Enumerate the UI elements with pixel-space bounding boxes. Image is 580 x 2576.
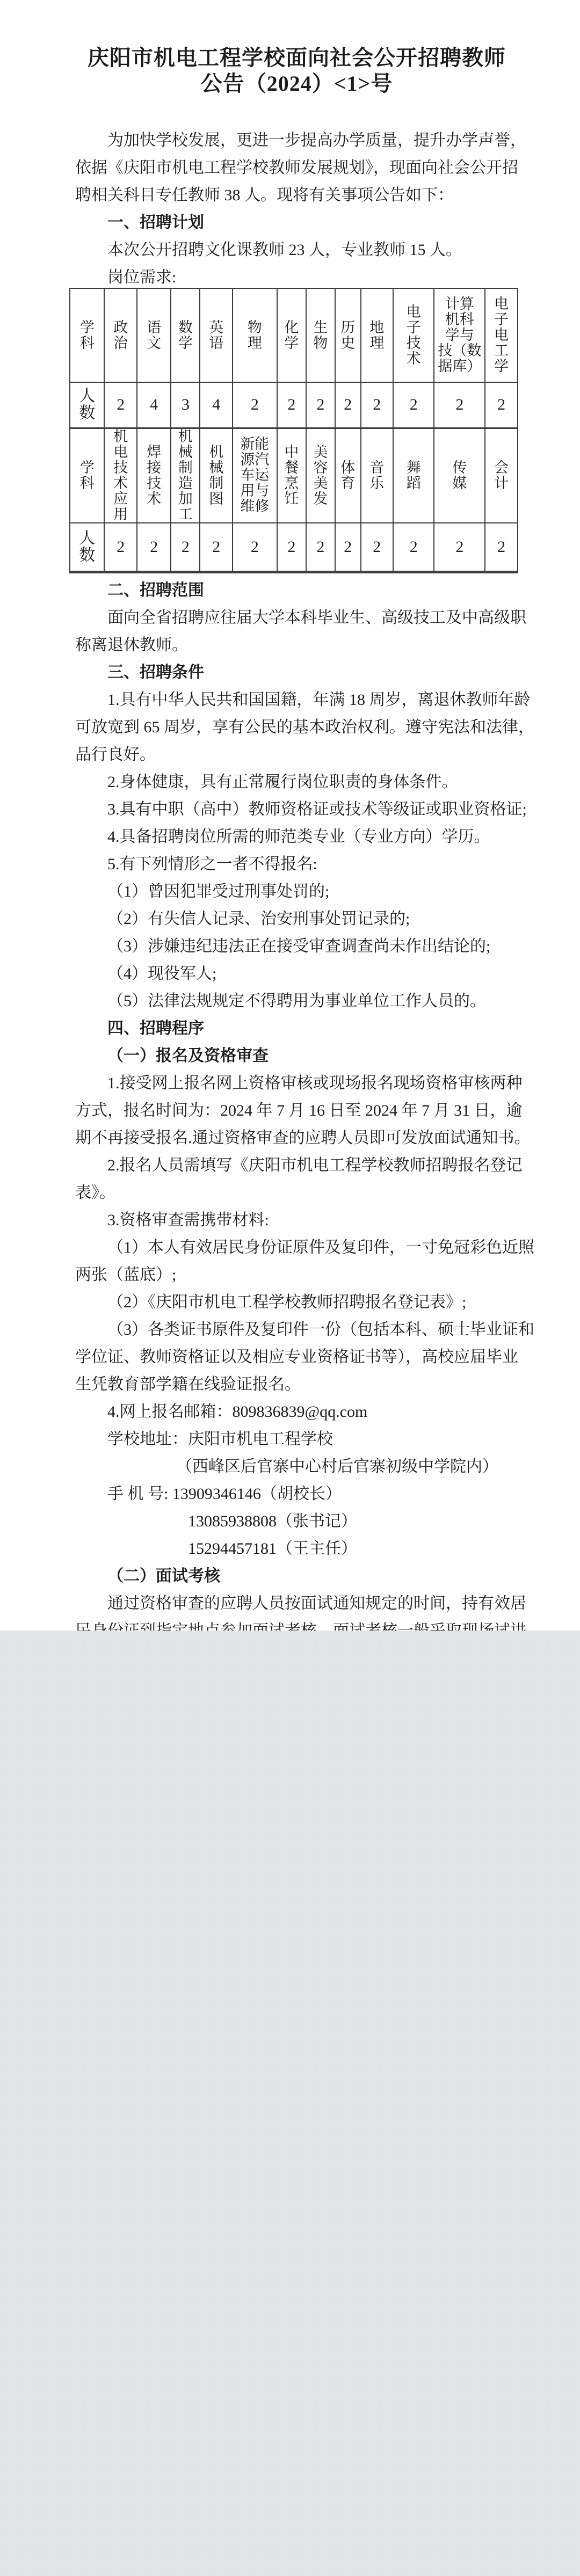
doc-line: （西峰区后官寨中心村后官寨初级中学院内） [176,1453,518,1480]
subject-cell: 焊 接 技 术 [137,428,171,523]
doc-line: 依据《庆阳市机电工程学校教师发展规划》，现面向社会公开招 [75,154,518,181]
doc-line: 学校地址：庆阳市机电工程学校 [107,1425,518,1453]
count-cell: 2 [277,523,306,572]
doc-line: 通过资格审查的应聘人员按面试通知规定的时间，持有效居 [107,1590,518,1617]
count-cell: 2 [361,382,394,428]
table-row: 学 科机 电 技 术 应 用焊 接 技 术机 械 制 造 加 工机 械 制 图新… [70,428,518,523]
doc-line: 期不再接受报名.通过资格审查的应聘人员即可发放面试通知书。 [75,1124,518,1152]
subject-cell: 体 育 [335,428,361,523]
canvas-background [0,1631,580,2576]
body-paragraphs: 二、招聘范围面向全省招聘应往届大学本科毕业生、高级技工及中高级职称离退休教师。三… [75,577,518,1631]
count-cell: 2 [233,523,277,572]
subject-cell: 地 理 [361,288,394,382]
count-cell: 2 [335,382,361,428]
table-row: 学 科政 治语 文数 学英 语物 理化 学生 物历 史地 理电 子 技 术计算 … [70,288,518,382]
title-line-2: 公告（2024）<1>号 [75,71,518,97]
subject-cell: 舞 蹈 [393,428,434,523]
doc-line: 3.具有中职（高中）教师资格证或技术等级证或职业资格证; [107,796,518,823]
title-line-1: 庆阳市机电工程学校面向社会公开招聘教师 [75,45,518,71]
doc-line: 1.具有中华人民共和国国籍，年满 18 周岁，离退休教师年龄 [107,686,518,714]
doc-line: （3）涉嫌违纪违法正在接受审查调查尚未作出结论的; [107,933,518,960]
subject-cell: 物 理 [233,288,277,382]
doc-line: 方式，报名时间为：2024 年 7 月 16 日至 2024 年 7 月 31 … [75,1097,518,1124]
intro-paragraphs: 为加快学校发展，更进一步提高办学质量，提升办学声誉，依据《庆阳市机电工程学校教师… [75,127,518,291]
count-cell: 2 [434,382,485,428]
count-cell: 4 [137,382,171,428]
subject-cell: 政 治 [104,288,137,382]
doc-line: 面向全省招聘应往届大学本科毕业生、高级技工及中高级职 [107,604,518,631]
doc-line: 4.网上报名邮箱：809836839@qq.com [107,1398,518,1425]
table-row: 人 数243422222222 [70,382,518,428]
count-cell: 2 [200,523,233,572]
count-cell: 2 [306,382,335,428]
count-cell: 4 [200,382,233,428]
count-cell: 2 [171,523,200,572]
section-heading: 二、招聘范围 [107,577,518,604]
doc-line: 岗位需求: [107,264,518,291]
doc-line: 为加快学校发展，更进一步提高办学质量，提升办学声誉， [107,127,518,154]
doc-line: （5）法律法规规定不得聘用为事业单位工作人员的。 [107,987,518,1015]
doc-line: 4.具备招聘岗位所需的师范类专业（专业方向）学历。 [107,823,518,850]
subject-cell: 机 械 制 造 加 工 [171,428,200,523]
announcement-document: 庆阳市机电工程学校面向社会公开招聘教师 公告（2024）<1>号 为加快学校发展… [0,0,580,1631]
doc-line: 民身份证到指定地点参加面试考核。面试考核一般采取现场试讲 [75,1617,518,1631]
subject-cell: 美 容 美 发 [306,428,335,523]
section-heading: 三、招聘条件 [107,659,518,686]
doc-line: 手 机 号: 13909346146（胡校长） [107,1480,518,1508]
positions-table: 学 科政 治语 文数 学英 语物 理化 学生 物历 史地 理电 子 技 术计算 … [69,288,518,573]
doc-line: 学位证、教师资格证以及相应专业资格证书等），高校应届毕业 [75,1343,518,1371]
count-cell: 2 [137,523,171,572]
section-heading: （二）面试考核 [107,1562,518,1590]
doc-line: 15294457181（王主任） [188,1535,518,1562]
subject-cell: 电 子 电 工 学 [485,288,518,382]
subject-cell: 英 语 [200,288,233,382]
doc-line: （2）《庆阳市机电工程学校教师招聘报名登记表》; [107,1289,518,1316]
doc-line: 可放宽到 65 周岁，享有公民的基本政治权利。遵守宪法和法律， [75,714,518,741]
subject-cell: 历 史 [335,288,361,382]
subject-cell: 化 学 [277,288,306,382]
section-heading: （一）报名及资格审查 [107,1042,518,1069]
subject-cell: 语 文 [137,288,171,382]
subject-cell: 音 乐 [361,428,394,523]
subject-cell: 机 电 技 术 应 用 [104,428,137,523]
section-heading: 一、招聘计划 [107,209,518,236]
doc-line: 1.接受网上报名网上资格审核或现场报名现场资格审核两种 [107,1069,518,1097]
doc-line: 2.报名人员需填写《庆阳市机电工程学校教师招聘报名登记 [107,1152,518,1179]
count-cell: 2 [434,523,485,572]
doc-line: 品行良好。 [75,741,518,768]
count-cell: 3 [171,382,200,428]
count-cell: 2 [104,382,137,428]
count-cell: 2 [277,382,306,428]
doc-line: （3）各类证书原件及复印件一份（包括本科、硕士毕业证和 [107,1316,518,1343]
doc-line: 聘相关科目专任教师 38 人。现将有关事项公告如下： [75,181,518,209]
subject-cell: 中 餐 烹 饪 [277,428,306,523]
page-background: { "colors": { "page_background": "#e3e4e… [0,0,580,2576]
doc-line: （2）有失信人记录、治安刑事处罚记录的; [107,905,518,933]
count-cell: 2 [393,523,434,572]
doc-line: 3.资格审查需携带材料: [107,1206,518,1234]
subject-cell: 生 物 [306,288,335,382]
doc-line: 13085938808（张书记） [188,1508,518,1535]
count-cell: 2 [306,523,335,572]
row-label-cell: 学 科 [70,428,104,523]
section-heading: 四、招聘程序 [107,1015,518,1042]
doc-line: （1）本人有效居民身份证原件及复印件，一寸免冠彩色近照 [107,1234,518,1261]
doc-line: 5.有下列情形之一者不得报名: [107,850,518,878]
doc-line: 生凭教育部学籍在线验证报名。 [75,1371,518,1398]
count-cell: 2 [485,382,518,428]
doc-line: 两张（蓝底）; [75,1261,518,1289]
doc-line: （1）曾因犯罪受过刑事处罚的; [107,878,518,905]
subject-cell: 数 学 [171,288,200,382]
row-label-cell: 人 数 [70,382,104,428]
count-cell: 2 [361,523,394,572]
page-title: 庆阳市机电工程学校面向社会公开招聘教师 公告（2024）<1>号 [75,45,518,97]
count-cell: 2 [335,523,361,572]
table-row: 人 数222222222222 [70,523,518,572]
doc-line: （4）现役军人; [107,960,518,987]
subject-cell: 新能 源汽 车运 用与 维修 [233,428,277,523]
count-cell: 2 [104,523,137,572]
doc-line: 2.身体健康，具有正常履行岗位职责的身体条件。 [107,768,518,796]
subject-cell: 传 媒 [434,428,485,523]
subject-cell: 会 计 [485,428,518,523]
count-cell: 2 [233,382,277,428]
doc-line: 本次公开招聘文化课教师 23 人，专业教师 15 人。 [107,236,518,264]
count-cell: 2 [393,382,434,428]
subject-cell: 机 械 制 图 [200,428,233,523]
subject-cell: 计算 机科 学与 技（数 据库） [434,288,485,382]
subject-cell: 电 子 技 术 [393,288,434,382]
row-label-cell: 人 数 [70,523,104,572]
row-label-cell: 学 科 [70,288,104,382]
doc-line: 称离退休教师。 [75,631,518,659]
count-cell: 2 [485,523,518,572]
doc-line: 表》。 [75,1179,518,1206]
